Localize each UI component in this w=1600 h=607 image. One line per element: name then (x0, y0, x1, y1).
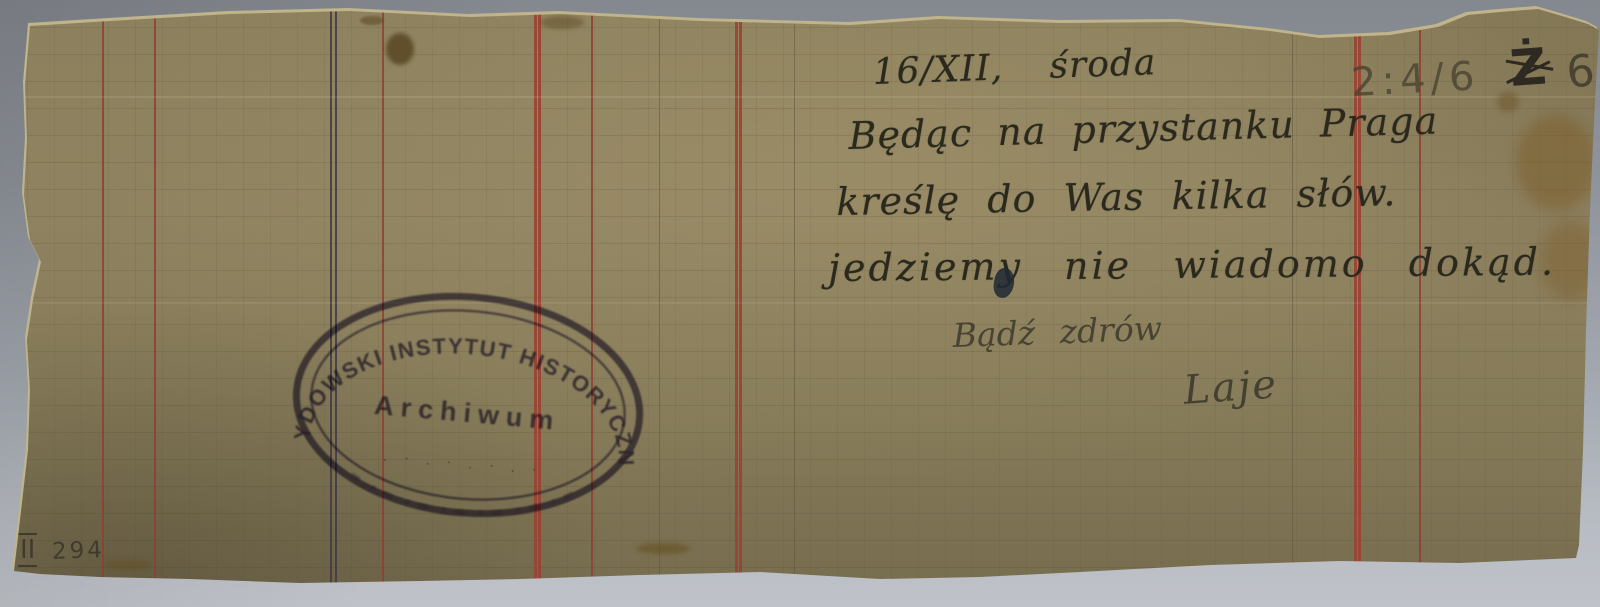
crossed-letter: Ż (1508, 37, 1548, 97)
stamp-dots-row: . · . · . · . · (382, 448, 543, 479)
ink-stain (386, 33, 414, 65)
crease-line (0, 302, 1600, 304)
archive-stamp: ŻYDOWSKI INSTYTUT HISTORYCZNY Archiwum .… (273, 272, 662, 538)
stamp-center-text: Archiwum (373, 390, 561, 436)
note-line-farewell: Bądź zdrów (952, 309, 1163, 355)
top-right-number: 6 (1564, 45, 1597, 99)
inventory-mark: II (18, 535, 37, 565)
stamp-arc-text: ŻYDOWSKI INSTYTUT HISTORYCZNY (273, 272, 654, 470)
photograph-background: ŻYDOWSKI INSTYTUT HISTORYCZNY Archiwum .… (0, 0, 1600, 607)
archival-ref-pencil: 2:4/6 (1350, 53, 1481, 106)
crossed-letter-mark: Ż (1508, 37, 1548, 97)
note-signature: Laje (1182, 361, 1279, 413)
brown-smear (104, 560, 152, 570)
brown-smear (636, 543, 690, 554)
ledger-paper: ŻYDOWSKI INSTYTUT HISTORYCZNY Archiwum .… (0, 0, 1600, 607)
inventory-prefix: II (18, 533, 37, 567)
ink-stain (540, 16, 584, 29)
note-line-4: jedziemy nie wiadomo dokąd. (828, 240, 1556, 290)
inventory-number: 294 (52, 537, 106, 565)
ink-stain (360, 16, 384, 25)
brown-stain (1516, 115, 1596, 210)
svg-text:ŻYDOWSKI INSTYTUT HISTORYCZNY: ŻYDOWSKI INSTYTUT HISTORYCZNY (273, 272, 654, 470)
